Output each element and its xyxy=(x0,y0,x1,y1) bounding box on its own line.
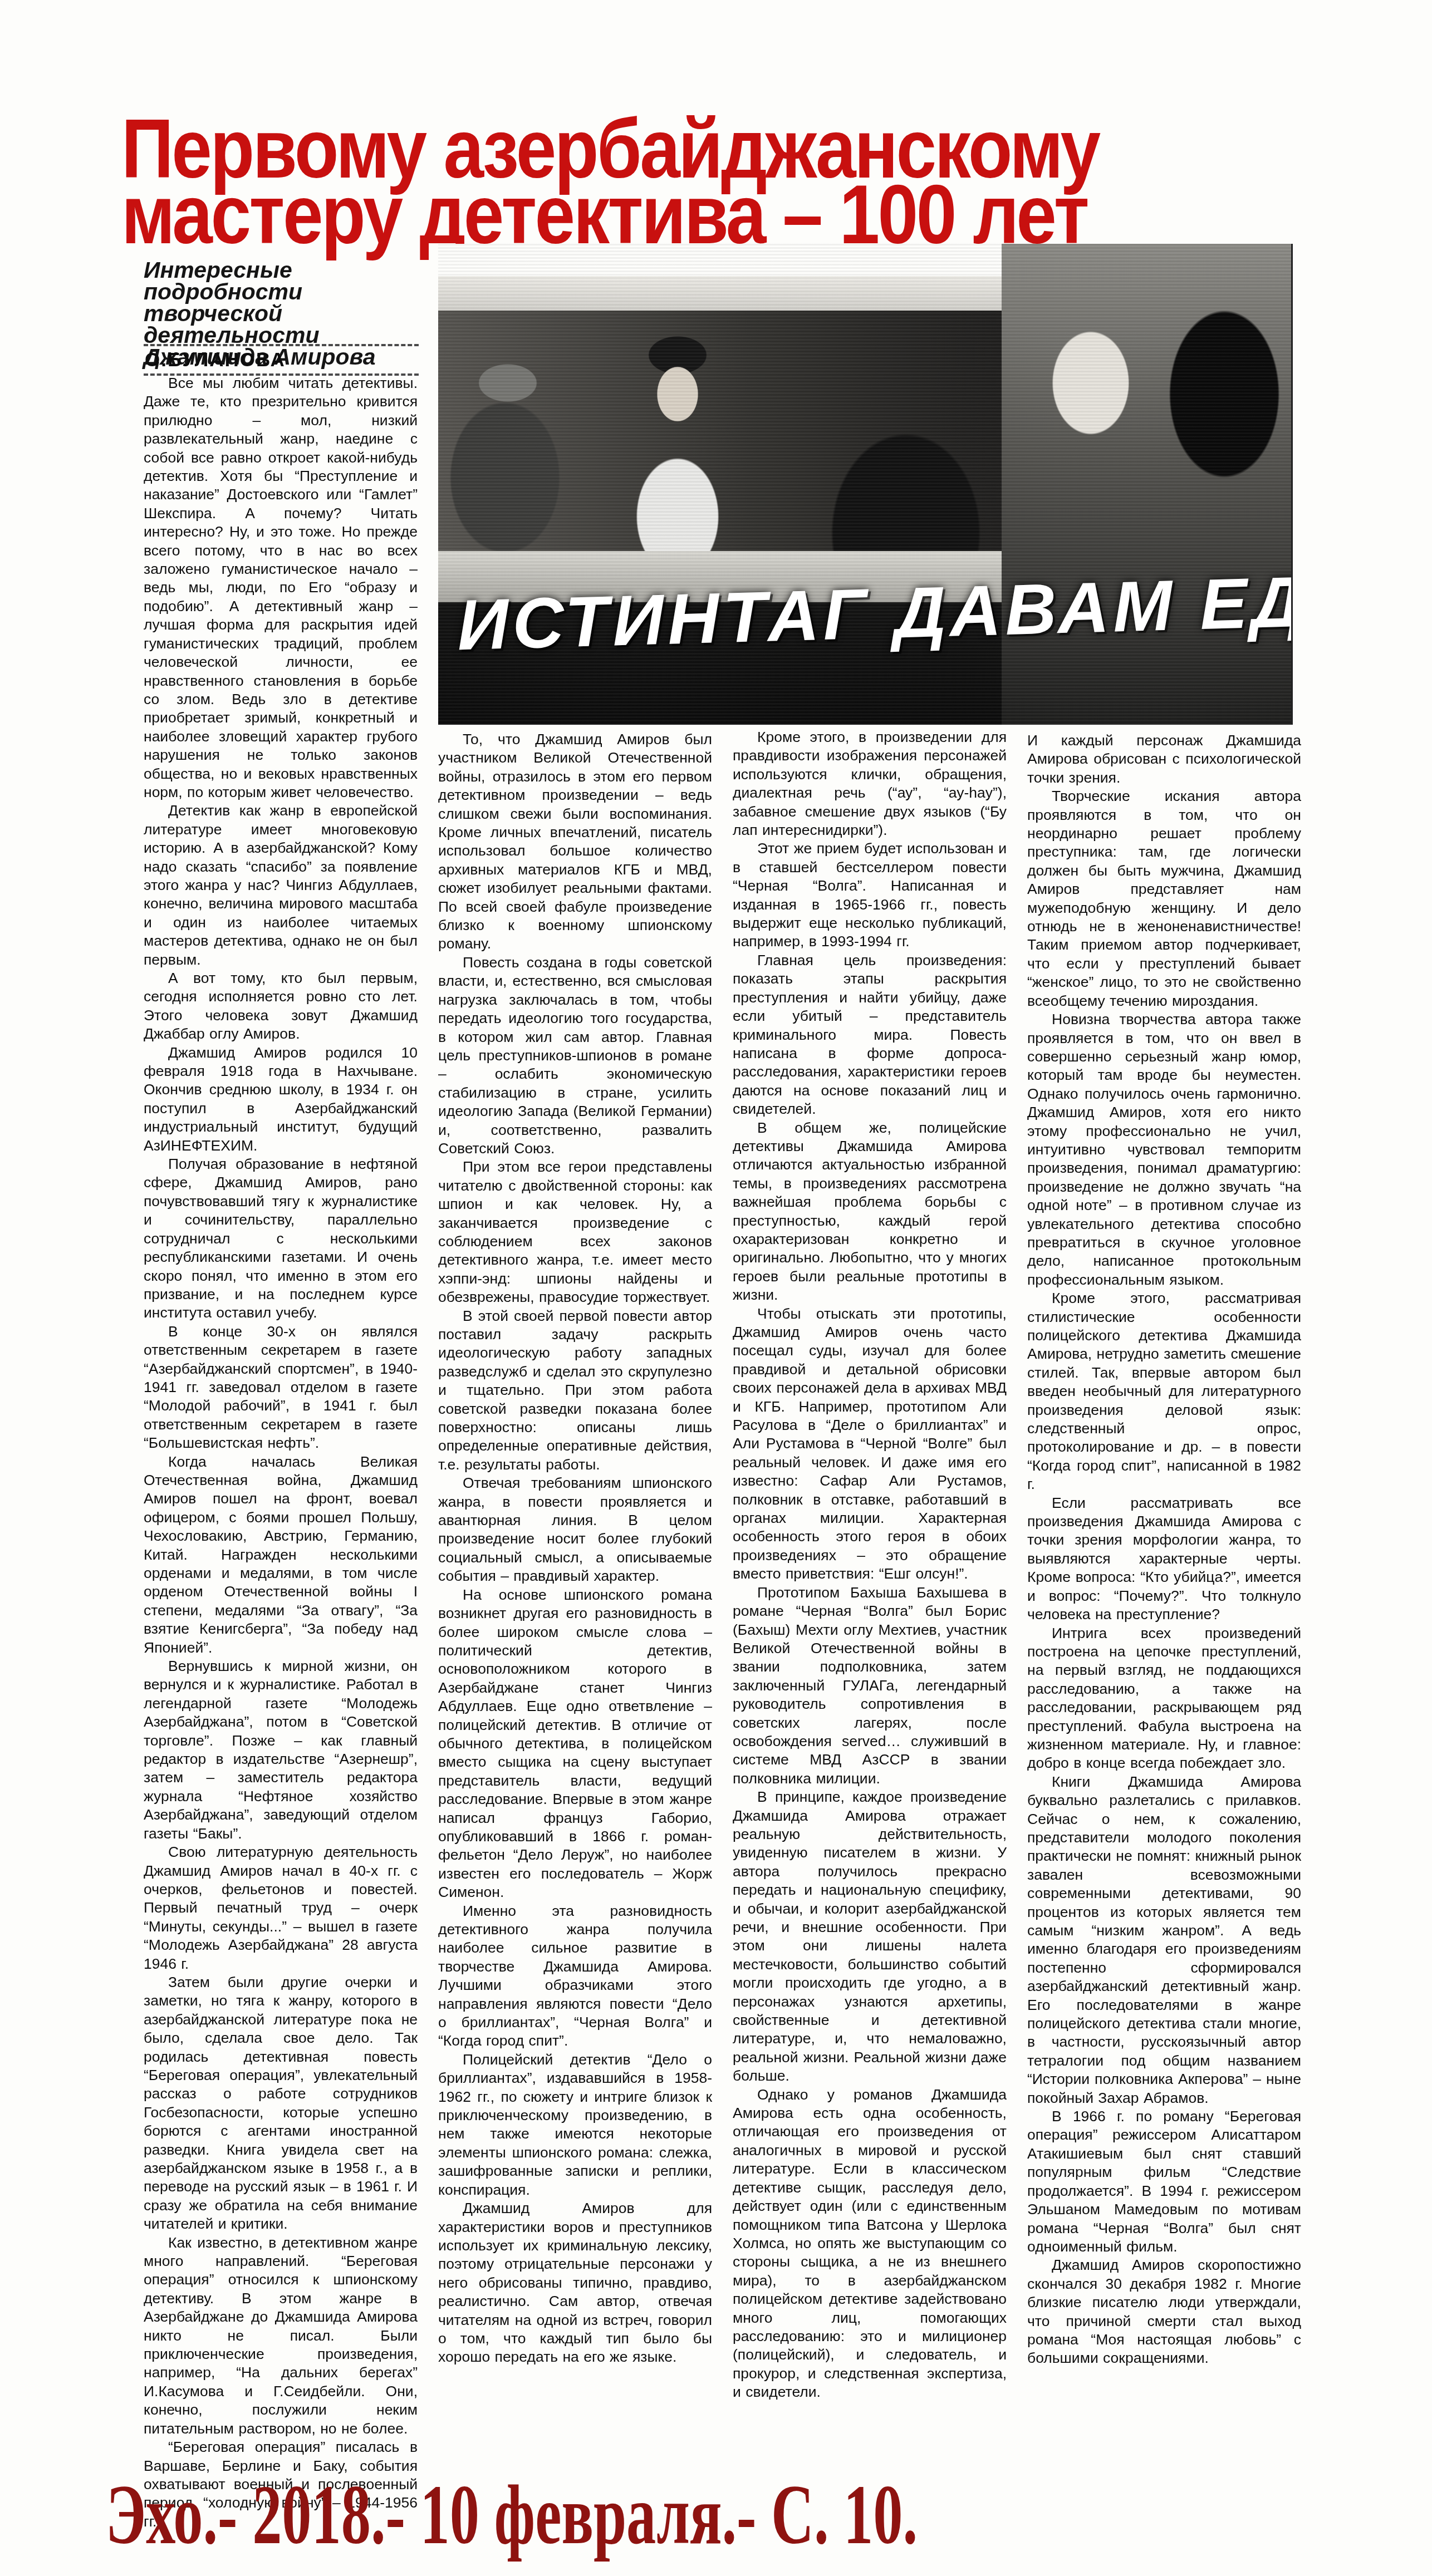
paragraph: Все мы любим читать детективы. Даже те, … xyxy=(144,374,418,802)
paragraph: Кроме этого, в произведении для правдиво… xyxy=(733,728,1007,839)
paragraph: Затем были другие очерки и заметки, но т… xyxy=(144,1973,418,2234)
author-byline: О.БУЛАНОВА xyxy=(144,344,419,376)
paragraph: Как известно, в детективном жанре много … xyxy=(144,2234,418,2438)
text-column-1: Все мы любим читать детективы. Даже те, … xyxy=(144,374,418,2531)
paragraph: Повесть создана в годы советской власти,… xyxy=(438,953,712,1158)
paragraph: При этом все герои представлены читателю… xyxy=(438,1158,712,1306)
text-column-3: Кроме этого, в произведении для правдиво… xyxy=(733,728,1007,2402)
article-title: Первому азербайджанскому мастеру детекти… xyxy=(121,116,1380,247)
paragraph: То, что Джамшид Амиров был участником Ве… xyxy=(438,730,712,953)
paragraph: Джамшид Амиров скоропостижно скончался 3… xyxy=(1027,2256,1301,2367)
paragraph: В 1966 г. по роману “Береговая операция”… xyxy=(1027,2107,1301,2256)
paragraph: В принципе, каждое произведение Джамшида… xyxy=(733,1788,1007,2086)
paragraph: Свою литературную деятельность Джамшид А… xyxy=(144,1843,418,1973)
paragraph: Кроме этого, рассматривая стилистические… xyxy=(1027,1289,1301,1493)
paragraph: Получая образование в нефтяной сфере, Дж… xyxy=(144,1155,418,1323)
paragraph: Интрига всех произведений построена на ц… xyxy=(1027,1624,1301,1773)
paragraph: Если рассматривать все произведения Джам… xyxy=(1027,1494,1301,1624)
paragraph: Книги Джамшида Амирова буквально разлета… xyxy=(1027,1773,1301,2107)
source-reference-footer: Эхо.- 2018.- 10 февраля.- С. 10. xyxy=(106,2472,918,2557)
text-column-2: То, что Джамшид Амиров был участником Ве… xyxy=(438,730,712,2367)
paragraph: Главная цель произведения: показать этап… xyxy=(733,951,1007,1119)
paragraph: Джамшид Амиров для характеристики воров … xyxy=(438,2199,712,2367)
paragraph: Когда началась Великая Отечественная вой… xyxy=(144,1453,418,1657)
paragraph: В конце 30-х он являлся ответственным се… xyxy=(144,1323,418,1453)
newspaper-page: Первому азербайджанскому мастеру детекти… xyxy=(0,0,1432,2576)
paragraph: Детектив как жанр в европейской литерату… xyxy=(144,802,418,969)
paragraph: В этой своей первой повести автор постав… xyxy=(438,1307,712,1474)
subtitle-line: творческой деятельности xyxy=(144,303,455,346)
paragraph: Новизна творчества автора также проявляе… xyxy=(1027,1010,1301,1289)
paragraph: Однако у романов Джамшида Амирова есть о… xyxy=(733,2086,1007,2402)
paragraph: Прототипом Бахыша Бахышева в романе “Чер… xyxy=(733,1584,1007,1788)
paragraph: Этот же прием будет использован и в став… xyxy=(733,839,1007,951)
article-title-line2: мастеру детектива – 100 лет xyxy=(121,181,1216,247)
paragraph: Творческие искания автора проявляются в … xyxy=(1027,787,1301,1010)
film-still-montage: ИСТИНТАГ ДАВАМ ЕДИР xyxy=(438,244,1293,725)
paragraph: Отвечая требованиям шпионского жанра, в … xyxy=(438,1474,712,1585)
paragraph: В общем же, полицейские детективы Джамши… xyxy=(733,1119,1007,1305)
paragraph: На основе шпионского романа возникнет др… xyxy=(438,1586,712,1902)
paragraph: Полицейский детектив “Дело о бриллиантах… xyxy=(438,2051,712,2199)
paragraph: И каждый персонаж Джамшида Амирова обрис… xyxy=(1027,731,1301,787)
paragraph: Именно эта разновидность детективного жа… xyxy=(438,1902,712,2051)
text-column-4: И каждый персонаж Джамшида Амирова обрис… xyxy=(1027,731,1301,2368)
paragraph: Чтобы отыскать эти прототипы, Джамшид Ам… xyxy=(733,1305,1007,1584)
paragraph: А вот тому, кто был первым, сегодня испо… xyxy=(144,969,418,1044)
paragraph: Джамшид Амиров родился 10 февраля 1918 г… xyxy=(144,1044,418,1155)
paragraph: Вернувшись к мирной жизни, он вернулся и… xyxy=(144,1657,418,1843)
subtitle-line: Интересные подробности xyxy=(144,259,455,303)
